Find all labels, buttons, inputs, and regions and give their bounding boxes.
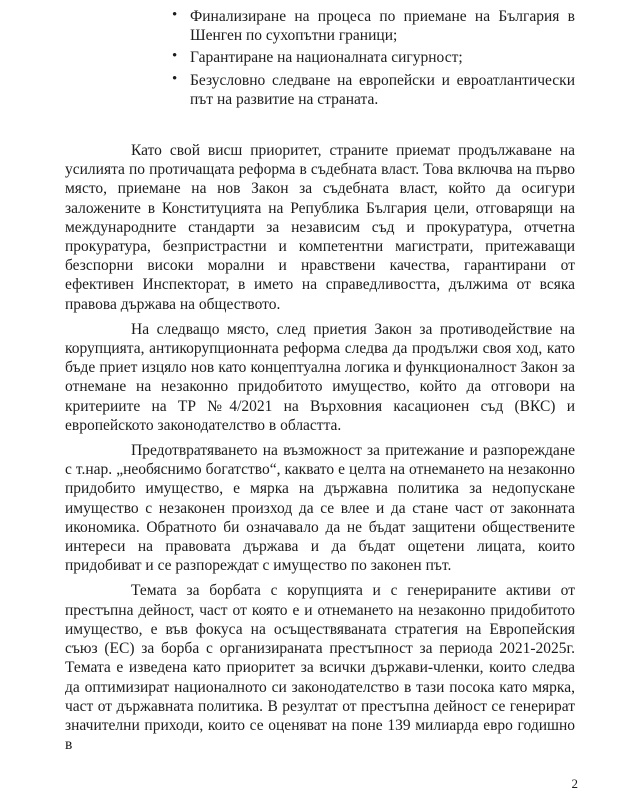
list-item: • Гарантиране на националната сигурност; xyxy=(190,48,575,67)
body-paragraph: Предотвратяването на възможност за прите… xyxy=(65,441,575,575)
bullet-item-text: Безусловно следване на европейски и евро… xyxy=(190,72,575,108)
page-number: 2 xyxy=(572,776,579,791)
document-page: • Финализиране на процеса по приемане на… xyxy=(0,0,639,799)
bullet-item-text: Гарантиране на националната сигурност; xyxy=(190,49,463,66)
bullet-item-text: Финализиране на процеса по приемане на Б… xyxy=(190,8,575,44)
list-item: • Безусловно следване на европейски и ев… xyxy=(190,71,575,109)
bullet-icon: • xyxy=(172,47,177,66)
body-paragraph: На следващо място, след приетия Закон за… xyxy=(65,320,575,435)
list-item: • Финализиране на процеса по приемане на… xyxy=(190,7,575,45)
bullet-icon: • xyxy=(172,70,177,89)
bullet-icon: • xyxy=(172,6,177,25)
body-paragraph: Темата за борбата с корупцията и с генер… xyxy=(65,581,575,754)
body-paragraph: Като свой висш приоритет, страните прием… xyxy=(65,141,575,314)
bullet-list: • Финализиране на процеса по приемане на… xyxy=(190,7,575,109)
